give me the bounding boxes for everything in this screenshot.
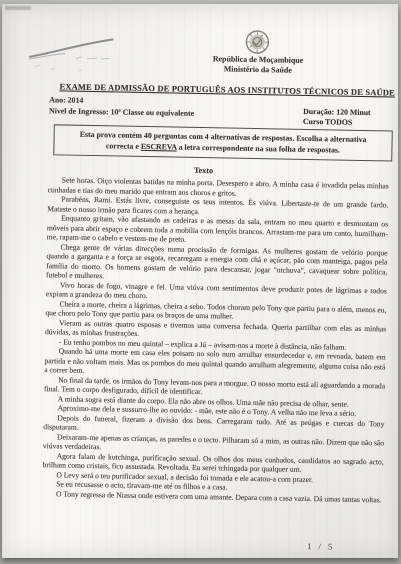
entry-level: Nível de Ingresso: 10ª Classe ou equival… — [49, 106, 194, 119]
pen-scribble-icon — [21, 27, 142, 75]
national-emblem-icon — [244, 29, 270, 55]
instructions-box: Esta prova contém 40 perguntas com 4 alt… — [53, 124, 393, 161]
exam-meta-right: Duração: 120 Minut Curso TODOS — [303, 107, 371, 128]
reading-text: Sete horas. Oiço violentas batidas na mi… — [42, 175, 389, 504]
page-content: República de Moçambique Ministério da Sa… — [0, 0, 401, 561]
escreva-emphasis: ESCREVA — [141, 142, 177, 152]
exam-course: Curso TODOS — [303, 117, 371, 128]
issuing-authority: República de Moçambique Ministério da Sa… — [152, 53, 364, 76]
page-number: 1 / 5 — [307, 541, 335, 552]
exam-meta-left: Ano: 2014 Nível de Ingresso: 10ª Classe … — [49, 95, 195, 119]
paragraph: Chega gente de várias direcções numa pro… — [46, 242, 388, 286]
scanned-exam-page: República de Moçambique Ministério da Sa… — [2, 4, 398, 558]
exam-title: EXAME DE ADMISSÃO DE PORTUGUÊS AOS INSTI… — [59, 81, 401, 97]
